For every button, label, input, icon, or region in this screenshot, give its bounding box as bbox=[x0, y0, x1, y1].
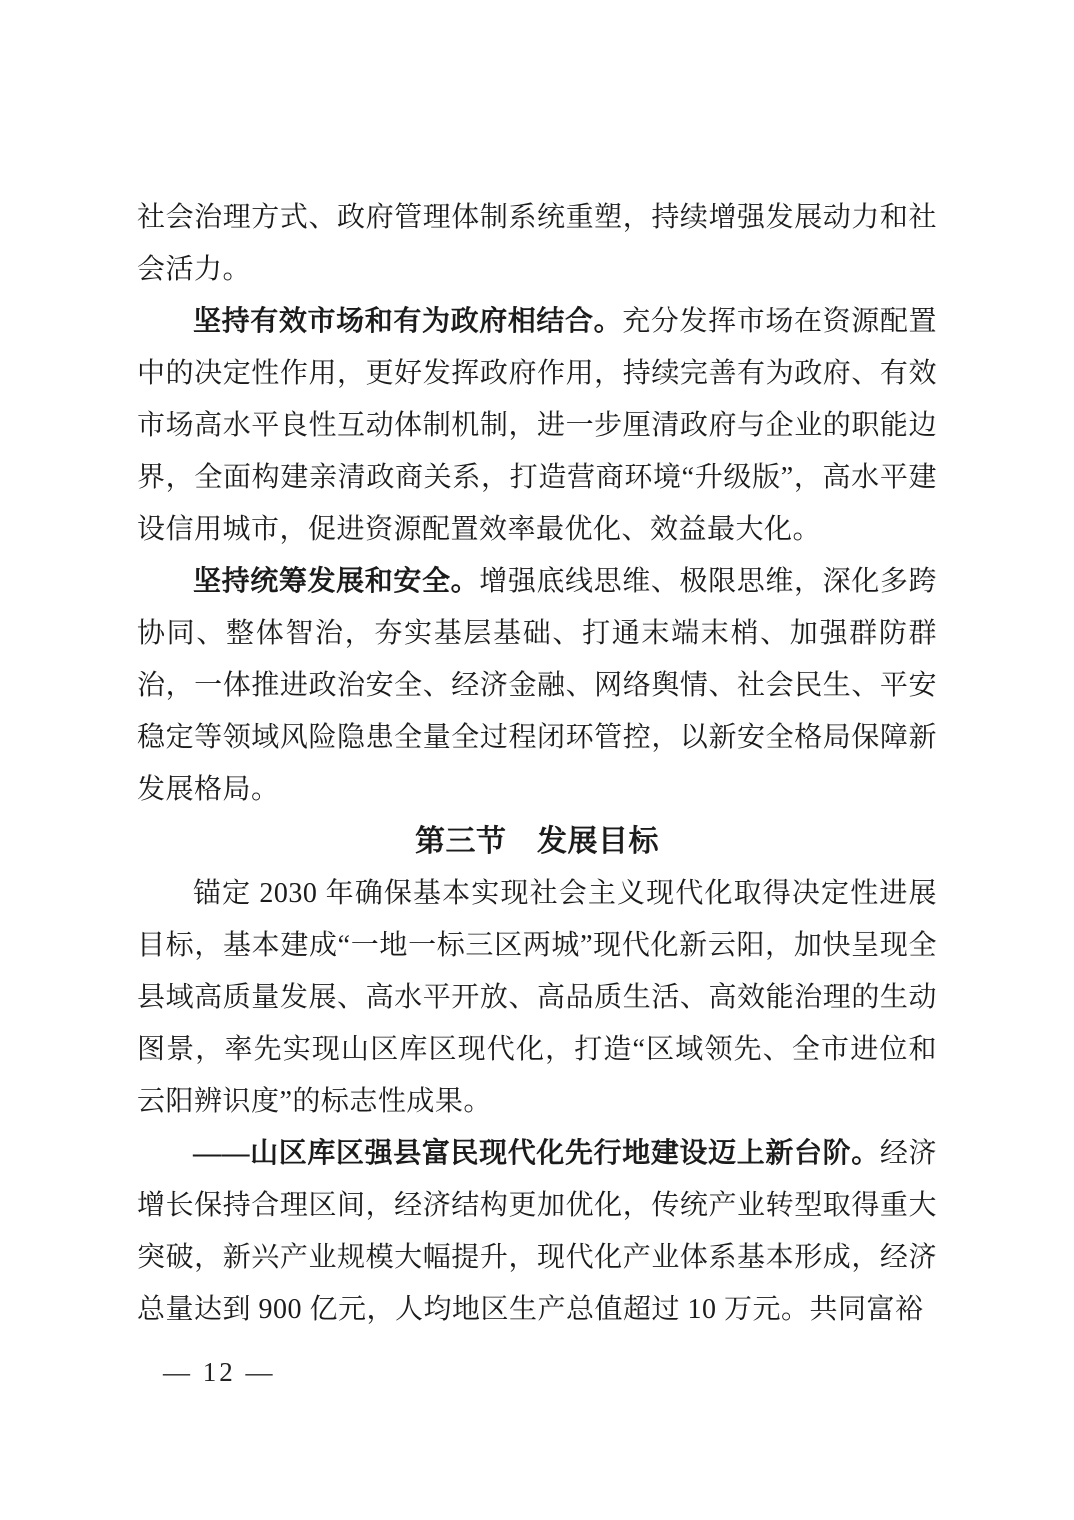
paragraph-bold-lead: 坚持统筹发展和安全。 bbox=[193, 566, 479, 597]
paragraph-bold-lead: ——山区库区强县富民现代化先行地建设迈上新台阶。 bbox=[193, 1138, 880, 1169]
paragraph-goal-item: ——山区库区强县富民现代化先行地建设迈上新台阶。经济增长保持合理区间，经济结构更… bbox=[137, 1128, 937, 1336]
paragraph-development-security: 坚持统筹发展和安全。增强底线思维、极限思维，深化多跨协同、整体智治，夯实基层基础… bbox=[137, 556, 937, 816]
paragraph-continuation: 社会治理方式、政府管理体制系统重塑，持续增强发展动力和社会活力。 bbox=[137, 192, 937, 296]
paragraph-market-government: 坚持有效市场和有为政府相结合。充分发挥市场在资源配置中的决定性作用，更好发挥政府… bbox=[137, 296, 937, 556]
paragraph-bold-lead: 坚持有效市场和有为政府相结合。 bbox=[193, 306, 622, 337]
paragraph-text: 充分发挥市场在资源配置中的决定性作用，更好发挥政府作用，持续完善有为政府、有效市… bbox=[137, 306, 937, 545]
page-number: — 12 — bbox=[163, 1352, 276, 1392]
document-page: 社会治理方式、政府管理体制系统重塑，持续增强发展动力和社会活力。 坚持有效市场和… bbox=[0, 0, 1074, 1520]
paragraph-goals-overview: 锚定 2030 年确保基本实现社会主义现代化取得决定性进展目标，基本建成“一地一… bbox=[137, 868, 937, 1128]
document-body: 社会治理方式、政府管理体制系统重塑，持续增强发展动力和社会活力。 坚持有效市场和… bbox=[137, 192, 937, 1336]
section-heading: 第三节 发展目标 bbox=[137, 816, 937, 868]
paragraph-text: 社会治理方式、政府管理体制系统重塑，持续增强发展动力和社会活力。 bbox=[137, 202, 937, 285]
paragraph-text: 锚定 2030 年确保基本实现社会主义现代化取得决定性进展目标，基本建成“一地一… bbox=[137, 878, 937, 1117]
paragraph-text: 增强底线思维、极限思维，深化多跨协同、整体智治，夯实基层基础、打通末端末梢、加强… bbox=[137, 566, 937, 805]
